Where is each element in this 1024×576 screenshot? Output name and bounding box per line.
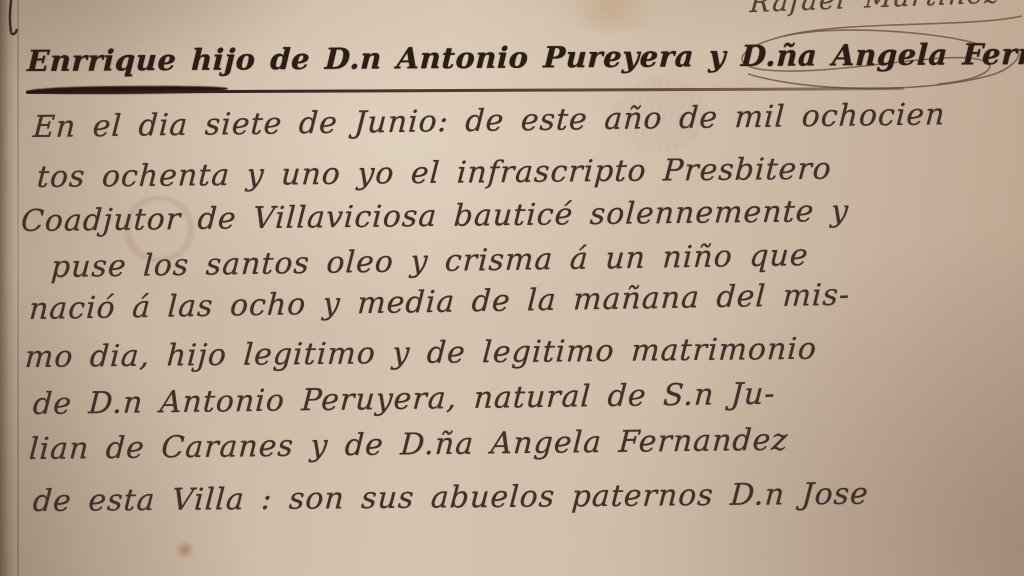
manuscript-line-6: mo dia, hijo legitimo y de legitimo matr… [24, 332, 818, 375]
manuscript-line-7: de D.n Antonio Peruyera, natural de S.n … [32, 377, 776, 422]
cutoff-descender-stroke [0, 0, 30, 38]
manuscript-line-5: nació á las ocho y media de la mañana de… [28, 278, 851, 327]
manuscript-line-9: de esta Villa : son sus abuelos paternos… [32, 477, 870, 519]
manuscript-line-8: lian de Caranes y de D.ña Angela Fernand… [28, 423, 789, 467]
margin-rule-line [17, 0, 19, 576]
page-edge-gutter [0, 0, 16, 576]
paper-stain-top [556, 0, 666, 30]
manuscript-line-2: tos ochenta y uno yo el infrascripto Pre… [36, 152, 833, 195]
paper-stain-spot [174, 542, 196, 558]
priest-signature: Rafael Martinez [749, 0, 1001, 19]
manuscript-page: Rafael Martinez Enrrique hijo de D.n Ant… [0, 0, 1024, 576]
manuscript-line-1: En el dia siete de Junio: de este año de… [32, 97, 946, 145]
record-heading: Enrrique hijo de D.n Antonio Pureyera y … [26, 37, 1024, 78]
